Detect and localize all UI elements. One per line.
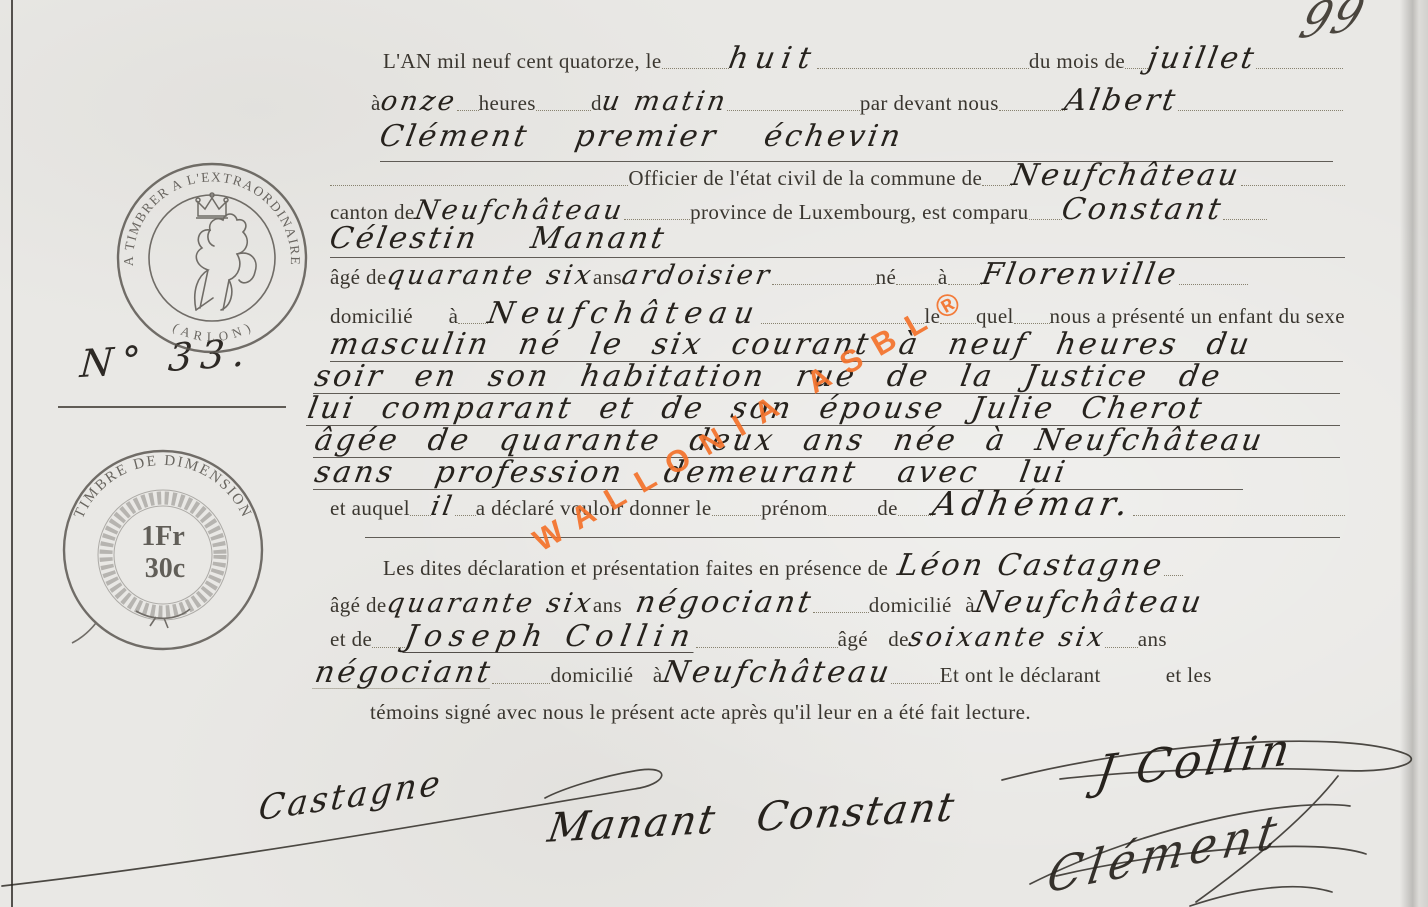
signature-castagne: Castagne bbox=[257, 763, 445, 830]
act-line-6: Célestin Manant bbox=[330, 226, 1345, 252]
act-line-11: lui comparant et de son épouse Julie Che… bbox=[308, 396, 1343, 422]
dotted-leader bbox=[1179, 282, 1248, 285]
act-line-17: âgé de quarante six ans négociant domici… bbox=[330, 590, 1345, 618]
dotted-leader bbox=[1125, 66, 1148, 69]
act-line-13: sans profession demeurant avec lui bbox=[315, 460, 1345, 486]
act-line-1: L'AN mil neuf cent quatorze, le huit du … bbox=[383, 46, 1343, 74]
handwritten-entry: Clément premier échevin bbox=[378, 124, 905, 150]
dotted-leader bbox=[330, 183, 628, 186]
svg-text:( A R L O N ): ( A R L O N ) bbox=[170, 319, 253, 344]
handwritten-entry: il bbox=[429, 496, 456, 519]
dotted-leader bbox=[1029, 217, 1062, 220]
dotted-leader bbox=[662, 66, 729, 69]
printed-text: ans bbox=[1138, 627, 1167, 652]
blank-gap bbox=[868, 646, 888, 648]
handwritten-entry: Florenville bbox=[980, 262, 1181, 288]
printed-text: à bbox=[449, 304, 459, 329]
signature-manant-constant: Manant Constant bbox=[545, 784, 960, 852]
printed-text: ans bbox=[593, 593, 622, 618]
printed-text: ans bbox=[593, 265, 622, 290]
svg-text:TIMBRE DE DIMENSION: TIMBRE DE DIMENSION bbox=[71, 453, 254, 521]
handwritten-entry: quarante six bbox=[385, 265, 595, 288]
handwritten-entry: âgée de quarante deux ans née à Neufchât… bbox=[313, 428, 1267, 454]
dotted-leader bbox=[813, 610, 869, 613]
dotted-leader bbox=[1241, 183, 1345, 186]
printed-text: de bbox=[877, 496, 898, 521]
printed-text: domicilié bbox=[550, 663, 633, 688]
stamp-arc-text: ( A R L O N ) bbox=[170, 319, 253, 344]
signature-clement: Clément bbox=[1044, 802, 1287, 904]
printed-text: province de Luxembourg, est comparu bbox=[690, 200, 1028, 225]
dotted-leader bbox=[455, 513, 476, 516]
page-edge-shadow bbox=[1400, 0, 1428, 907]
handwritten-entry: soir en son habitation rue de la Justice… bbox=[313, 364, 1225, 390]
stamp-arc-text: TIMBRE DE DIMENSION bbox=[71, 453, 254, 521]
dotted-leader bbox=[898, 513, 933, 516]
printed-text: de bbox=[888, 627, 909, 652]
printed-text: nous a présenté un enfant du sexe bbox=[1050, 304, 1345, 329]
printed-text: âgé de bbox=[330, 265, 387, 290]
dimension-stamp: TIMBRE DE DIMENSION 1Fr 30c bbox=[58, 443, 270, 655]
dotted-leader bbox=[696, 645, 838, 648]
act-line-4: Officier de l'état civil de la commune d… bbox=[330, 163, 1345, 191]
printed-text: âgé bbox=[838, 627, 868, 652]
dotted-leader bbox=[727, 108, 859, 111]
handwritten-entry: ardoisier bbox=[620, 265, 774, 288]
handwritten-entry: Neufchâteau bbox=[660, 660, 893, 686]
printed-text: prénom bbox=[761, 496, 828, 521]
dotted-leader bbox=[891, 681, 940, 684]
printed-text: et auquel bbox=[330, 496, 410, 521]
handwritten-entry: Adhémar. bbox=[931, 490, 1135, 518]
dotted-leader bbox=[772, 282, 876, 285]
handwritten-entry: négociant bbox=[633, 590, 814, 616]
stamp-value-centimes: 30c bbox=[145, 553, 185, 584]
dotted-leader bbox=[1164, 573, 1183, 576]
printed-text: et les bbox=[1166, 663, 1212, 688]
printed-text: domicilié bbox=[330, 304, 413, 329]
registry-number-underline bbox=[58, 406, 286, 408]
act-line-12: âgée de quarante deux ans née à Neufchât… bbox=[315, 428, 1345, 454]
section-separator-rule bbox=[365, 537, 1340, 538]
dotted-leader bbox=[817, 66, 1029, 69]
handwritten-entry: huit bbox=[727, 46, 820, 72]
dotted-leader bbox=[712, 513, 762, 516]
printed-text: L'AN mil neuf cent quatorze, le bbox=[383, 49, 662, 74]
printed-text: quel bbox=[976, 304, 1014, 329]
handwritten-entry: Constant bbox=[1060, 197, 1226, 223]
handwritten-entry: juillet bbox=[1146, 46, 1259, 72]
handwritten-entry: quarante six bbox=[385, 593, 595, 616]
handwritten-entry: Joseph Collin bbox=[402, 624, 698, 653]
dotted-leader bbox=[410, 513, 431, 516]
handwritten-entry: soixante six bbox=[907, 627, 1108, 650]
dotted-leader bbox=[457, 108, 479, 111]
blank-gap bbox=[413, 322, 449, 324]
printed-text: du mois de bbox=[1029, 49, 1125, 74]
printed-text: Les dites déclaration et présentation fa… bbox=[383, 556, 888, 581]
handwritten-entry: onze bbox=[379, 91, 459, 114]
dotted-leader bbox=[1178, 108, 1343, 111]
dotted-leader bbox=[1223, 217, 1267, 220]
stamp-scroll-tail bbox=[72, 623, 96, 643]
birth-certificate-scan: 99 N° 33. A TIMBRER A L'EXTRAORDINAIRE (… bbox=[0, 0, 1428, 907]
handwritten-entry: Neufchâteau bbox=[1010, 163, 1243, 189]
act-line-14: et auquel il a déclaré vouloir donner le… bbox=[330, 490, 1345, 521]
form-rule bbox=[330, 257, 1345, 258]
dotted-leader bbox=[624, 217, 691, 220]
dotted-leader bbox=[982, 183, 1012, 186]
printed-text: Et ont le déclarant bbox=[940, 663, 1101, 688]
blank-gap bbox=[1101, 682, 1166, 684]
signature-collin: J Collin bbox=[1092, 721, 1297, 800]
blank-gap bbox=[633, 682, 652, 684]
dotted-leader bbox=[1133, 513, 1345, 516]
handwritten-entry: u matin bbox=[600, 91, 730, 114]
act-line-20: témoins signé avec nous le présent acte … bbox=[370, 700, 1370, 725]
printed-text: par devant nous bbox=[860, 91, 999, 116]
dotted-leader bbox=[896, 282, 938, 285]
act-line-3: Clément premier échevin bbox=[380, 124, 1330, 150]
dotted-leader bbox=[372, 645, 404, 648]
printed-text: Officier de l'état civil de la commune d… bbox=[628, 166, 982, 191]
handwritten-entry: Neufchâteau bbox=[973, 590, 1206, 616]
act-line-8: domicilié à Neufchâteau le quel nous a p… bbox=[330, 301, 1345, 329]
handwritten-entry: négociant bbox=[312, 660, 494, 689]
dotted-leader bbox=[1105, 645, 1137, 648]
dotted-leader bbox=[536, 108, 591, 111]
printed-text: âgé de bbox=[330, 593, 387, 618]
blank-gap bbox=[952, 611, 965, 613]
handwritten-entry: Neufchâteau bbox=[486, 301, 763, 327]
act-line-19: négociant domicilié à Neufchâteau Et ont… bbox=[315, 660, 1345, 689]
stamp-value-franc: 1Fr bbox=[141, 521, 185, 552]
act-line-7: âgé de quarante six ans ardoisier né à F… bbox=[330, 262, 1345, 290]
dotted-leader bbox=[1256, 66, 1343, 69]
printed-text: domicilié bbox=[869, 593, 952, 618]
lion-icon bbox=[195, 214, 256, 310]
act-line-18: et de Joseph Collin âgé de soixante six … bbox=[330, 624, 1345, 653]
act-line-2: à onze heures d u matin par devant nous … bbox=[371, 88, 1343, 116]
page-number: 99 bbox=[1293, 0, 1374, 50]
act-line-16: Les dites déclaration et présentation fa… bbox=[383, 553, 1345, 581]
handwritten-entry: Neufchâteau bbox=[413, 200, 626, 223]
dotted-leader bbox=[492, 681, 550, 684]
dotted-leader bbox=[828, 513, 878, 516]
dotted-leader bbox=[999, 108, 1065, 111]
printed-text: heures bbox=[479, 91, 536, 116]
left-binding-rule bbox=[11, 0, 13, 907]
handwritten-entry: Célestin Manant bbox=[328, 226, 669, 252]
printed-text: né bbox=[876, 265, 897, 290]
dotted-leader bbox=[458, 321, 488, 324]
dotted-leader bbox=[1014, 321, 1050, 324]
printed-text: et de bbox=[330, 627, 372, 652]
handwritten-entry: masculin né le six courant à neuf heures… bbox=[328, 332, 1254, 358]
handwritten-entry: Léon Castagne bbox=[896, 553, 1167, 579]
handwritten-entry: Albert bbox=[1063, 88, 1180, 114]
printed-text: témoins signé avec nous le présent acte … bbox=[370, 700, 1031, 725]
extraordinaire-stamp: A TIMBRER A L'EXTRAORDINAIRE ( A R L O N… bbox=[112, 158, 312, 358]
